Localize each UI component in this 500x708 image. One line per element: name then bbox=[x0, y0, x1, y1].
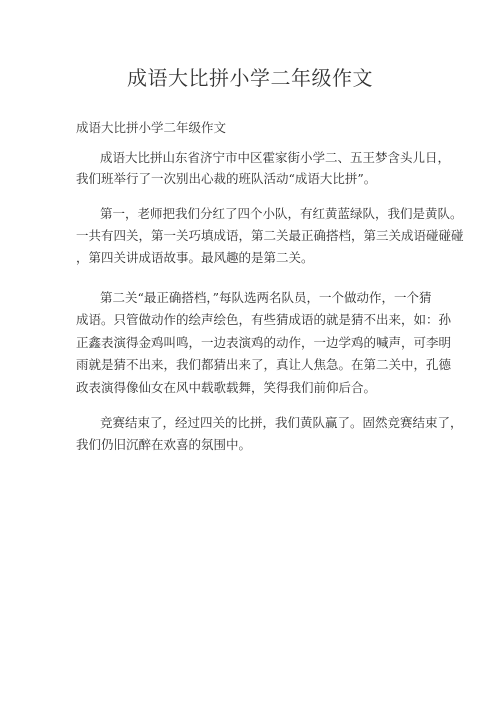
document-title: 成语大比拼小学二年级作文 bbox=[0, 64, 500, 92]
paragraph-line: 正鑫表演得金鸡叫鸣，一边表演鸡的动作，一边学鸡的喊声，可李明 bbox=[76, 334, 451, 352]
document-page: 成语大比拼小学二年级作文 成语大比拼小学二年级作文 成语大比拼山东省济宁市中区霍… bbox=[0, 0, 500, 708]
paragraph-line: 我们班举行了一次别出心裁的班队活动“成语大比拼”。 bbox=[76, 170, 376, 188]
paragraph-line: 成语。只管做动作的绘声绘色，有些猜成语的就是猜不出来，如：孙 bbox=[76, 311, 451, 329]
paragraph-line: ，第四关讲成语故事。最风趣的是第二关。 bbox=[76, 249, 314, 267]
paragraph-line: 第一，老师把我们分红了四个小队，有红黄蓝绿队，我们是黄队。 bbox=[100, 205, 463, 223]
paragraph-line: 成语大比拼山东省济宁市中区霍家街小学二、五王梦含头儿日， bbox=[100, 149, 450, 167]
paragraph-line: 我们仍旧沉醉在欢喜的氛围中。 bbox=[76, 436, 251, 454]
document-subtitle: 成语大比拼小学二年级作文 bbox=[76, 119, 226, 137]
paragraph-line: 竞赛结束了，经过四关的比拼，我们黄队赢了。固然竞赛结束了， bbox=[100, 414, 463, 432]
paragraph-line: 政表演得像仙女在风中载歌载舞，笑得我们前仰后合。 bbox=[76, 379, 376, 397]
paragraph-line: 一共有四关，第一关巧填成语，第二关最正确搭档，第三关成语碰碰碰 bbox=[76, 227, 464, 245]
paragraph-line: 第二关“最正确搭档，”每队选两名队员，一个做动作，一个猜 bbox=[100, 289, 432, 307]
paragraph-line: 雨就是猜不出来，我们都猜出来了，真让人焦急。在第二关中，孔德 bbox=[76, 356, 451, 374]
